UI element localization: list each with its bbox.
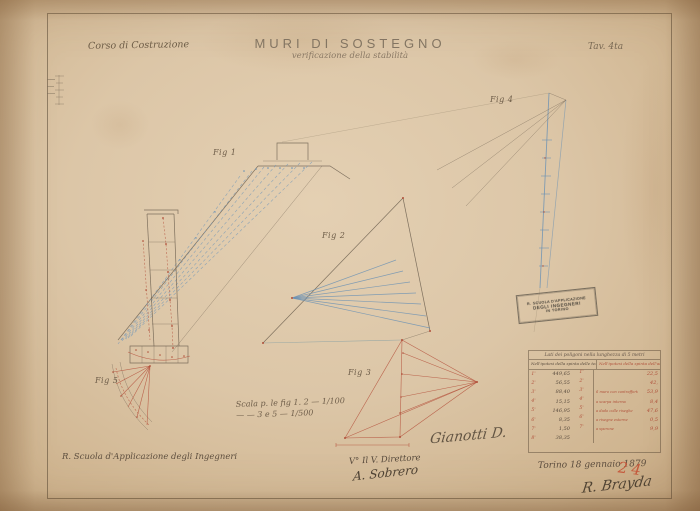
table-row: 7' 1,50 7' a sperone 9,9 [529, 425, 660, 434]
row-note: a sperone [594, 427, 638, 431]
margin-scale-marks [47, 75, 64, 105]
table-row: 3' 88,40 3' il muro con contrafforti 53,… [529, 388, 660, 397]
results-table: Lati dei poligoni nella lunghezza di 5 m… [528, 350, 661, 453]
drawing-sheet: Corso di Costruzione MURI DI SOSTEGNO ve… [0, 0, 700, 511]
row-value-2: 53,9 [638, 389, 660, 395]
row-value-2: 42, [638, 380, 660, 386]
fig1-wall-section [128, 210, 190, 363]
table-row: 1' 449,65 1' 22,5 [529, 370, 660, 379]
row-note: il muro con contrafforti [594, 390, 638, 394]
table-row: 8' 38,35 [529, 434, 660, 443]
table-right-header: Nell'ipotesi della spinta dell'acqua [597, 360, 660, 369]
row-value-2: 47,6 [638, 408, 660, 414]
row-ordinal-2: 2' [570, 379, 594, 388]
stamp-line3: IN TORINO [546, 307, 569, 313]
row-ordinal: 2' [529, 381, 538, 386]
fig2-force-triangle [262, 197, 431, 344]
fig1-embankment [118, 93, 549, 352]
row-value-2: 8,4 [638, 399, 660, 405]
table-headers: Nell'ipotesi della spinta delle terre Ne… [529, 360, 660, 370]
row-value-2: 0,5 [638, 417, 660, 423]
row-ordinal-2: 4' [570, 397, 594, 406]
table-row: 4' 15,15 4' a scarpa interna 8,4 [529, 397, 660, 406]
row-value: 15,15 [538, 399, 570, 405]
row-value: 449,65 [538, 371, 570, 377]
scale-note: Scala p. le fig 1. 2 — 1/100 — — 3 e 5 —… [236, 395, 346, 421]
row-ordinal: 7' [529, 427, 538, 432]
table-title: Lati dei poligoni nella lunghezza di 5 m… [529, 351, 660, 360]
row-ordinal-2: 7' [570, 425, 594, 434]
row-value: 1,50 [538, 426, 570, 432]
row-ordinal: 3' [529, 390, 538, 395]
row-ordinal: 4' [529, 399, 538, 404]
row-ordinal: 6' [529, 418, 538, 423]
row-note: a scarpa interna [594, 400, 638, 404]
table-row: 6' 8,35 6' a risegne esterne 0,5 [529, 415, 660, 424]
table-row: 5' 146,95 5' a dado colle riseghe 47,6 [529, 406, 660, 415]
fig1-label: Fig 1 [213, 148, 236, 157]
row-value-2: 22,5 [638, 371, 660, 377]
fig2-label: Fig 2 [322, 231, 345, 240]
row-ordinal-2: 6' [570, 415, 594, 424]
row-ordinal: 8' [529, 436, 538, 441]
row-ordinal: 1' [529, 372, 538, 377]
row-value: 38,35 [538, 435, 570, 441]
row-value: 8,35 [538, 417, 570, 423]
table-row: 2' 56,55 2' 42, [529, 379, 660, 388]
row-ordinal: 5' [529, 408, 538, 413]
row-ordinal-2: 1' [570, 370, 594, 379]
fig3-label: Fig 3 [348, 368, 371, 377]
row-note: a risegne esterne [594, 418, 638, 422]
row-ordinal-2 [570, 434, 594, 443]
fig4-label: Fig 4 [490, 95, 513, 104]
fig5-fan [112, 362, 152, 430]
row-note: a dado colle riseghe [594, 409, 638, 413]
row-value-2: 9,9 [638, 426, 660, 432]
row-value: 146,95 [538, 408, 570, 414]
school-name: R. Scuola d'Applicazione degli Ingegneri [62, 452, 237, 462]
row-value: 88,40 [538, 389, 570, 395]
fig5-label: Fig 5 [95, 376, 118, 385]
row-value: 56,55 [538, 380, 570, 386]
table-left-header: Nell'ipotesi della spinta delle terre [529, 360, 597, 369]
row-ordinal-2: 3' [570, 388, 594, 397]
